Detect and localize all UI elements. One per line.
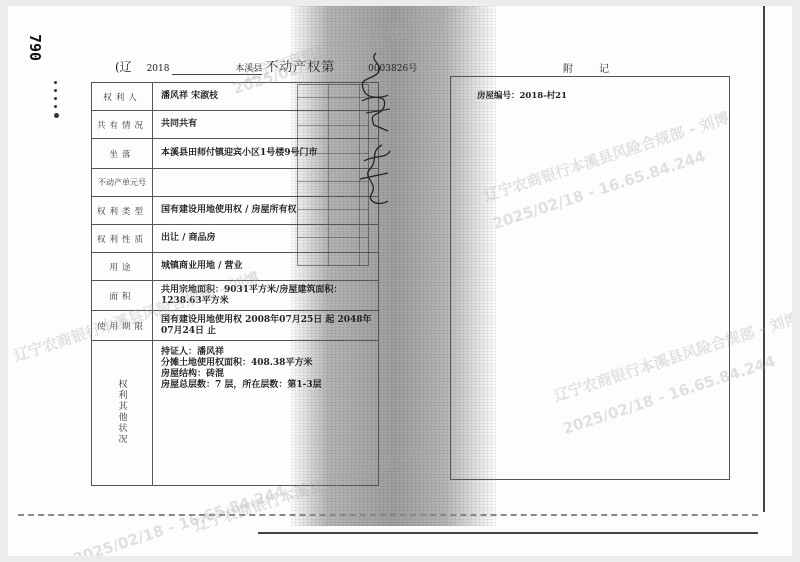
header-cert-title: 不动产权第 — [265, 60, 335, 75]
other-status-label: 权利其他状况 — [116, 379, 129, 445]
row-value: 共用宗地面积：9031平方米/房屋建筑面积：1238.63平方米 — [153, 281, 379, 311]
handwritten-signature — [348, 51, 408, 211]
fold-dash-line — [18, 514, 758, 516]
annex-box: 房屋编号：2018-村21 — [450, 76, 730, 480]
other-status-line: 房屋总层数：7 层，所在层数：第1-3层 — [161, 380, 378, 391]
other-status-line: 房屋结构：砖混 — [161, 369, 378, 380]
row-label: 使用期限 — [92, 311, 153, 341]
header-cert-suffix: 号 — [408, 64, 417, 74]
row-label: 不动产单元号 — [92, 169, 153, 197]
row-label: 权利人 — [92, 83, 153, 111]
table-row: 面积 共用宗地面积：9031平方米/房屋建筑面积：1238.63平方米 — [92, 281, 379, 311]
table-row-other-status: 权利其他状况 持证人：潘风祥 分摊土地使用权面积：408.38平方米 房屋结构：… — [92, 341, 379, 486]
scanned-document: 790 (辽 2018 本溪县 不动产权第 0003826号 权利人 潘风祥 宋… — [8, 6, 792, 556]
header-county: 本溪县 — [172, 61, 262, 75]
right-border-rule — [763, 6, 765, 512]
row-label: 面积 — [92, 281, 153, 311]
annex-house-number: 房屋编号：2018-村21 — [477, 89, 567, 101]
punch-marks — [52, 76, 62, 121]
header-year: 2018 — [147, 64, 170, 74]
row-label: 共有情况 — [92, 111, 153, 139]
row-value: 国有建设用地使用权 2008年07月25日 起 2048年07月24日 止 — [153, 311, 379, 341]
bottom-border-rule — [258, 532, 758, 534]
annex-title: 附记 — [563, 60, 635, 75]
row-label: 权利性质 — [92, 225, 153, 253]
other-status-label-cell: 权利其他状况 — [92, 341, 153, 486]
other-status-line: 分摊土地使用权面积：408.38平方米 — [161, 358, 378, 369]
row-label: 权利类型 — [92, 197, 153, 225]
row-label: 坐落 — [92, 139, 153, 169]
watermark: 2025/02/18 - 16.65.84.244 — [71, 482, 288, 556]
other-status-line: 持证人：潘风祥 — [161, 347, 378, 358]
row-label: 用途 — [92, 253, 153, 281]
side-page-number: 790 — [26, 34, 44, 61]
table-row: 使用期限 国有建设用地使用权 2008年07月25日 起 2048年07月24日… — [92, 311, 379, 341]
header-prefix: (辽 — [115, 60, 132, 74]
other-status-value: 持证人：潘风祥 分摊土地使用权面积：408.38平方米 房屋结构：砖混 房屋总层… — [153, 341, 379, 486]
